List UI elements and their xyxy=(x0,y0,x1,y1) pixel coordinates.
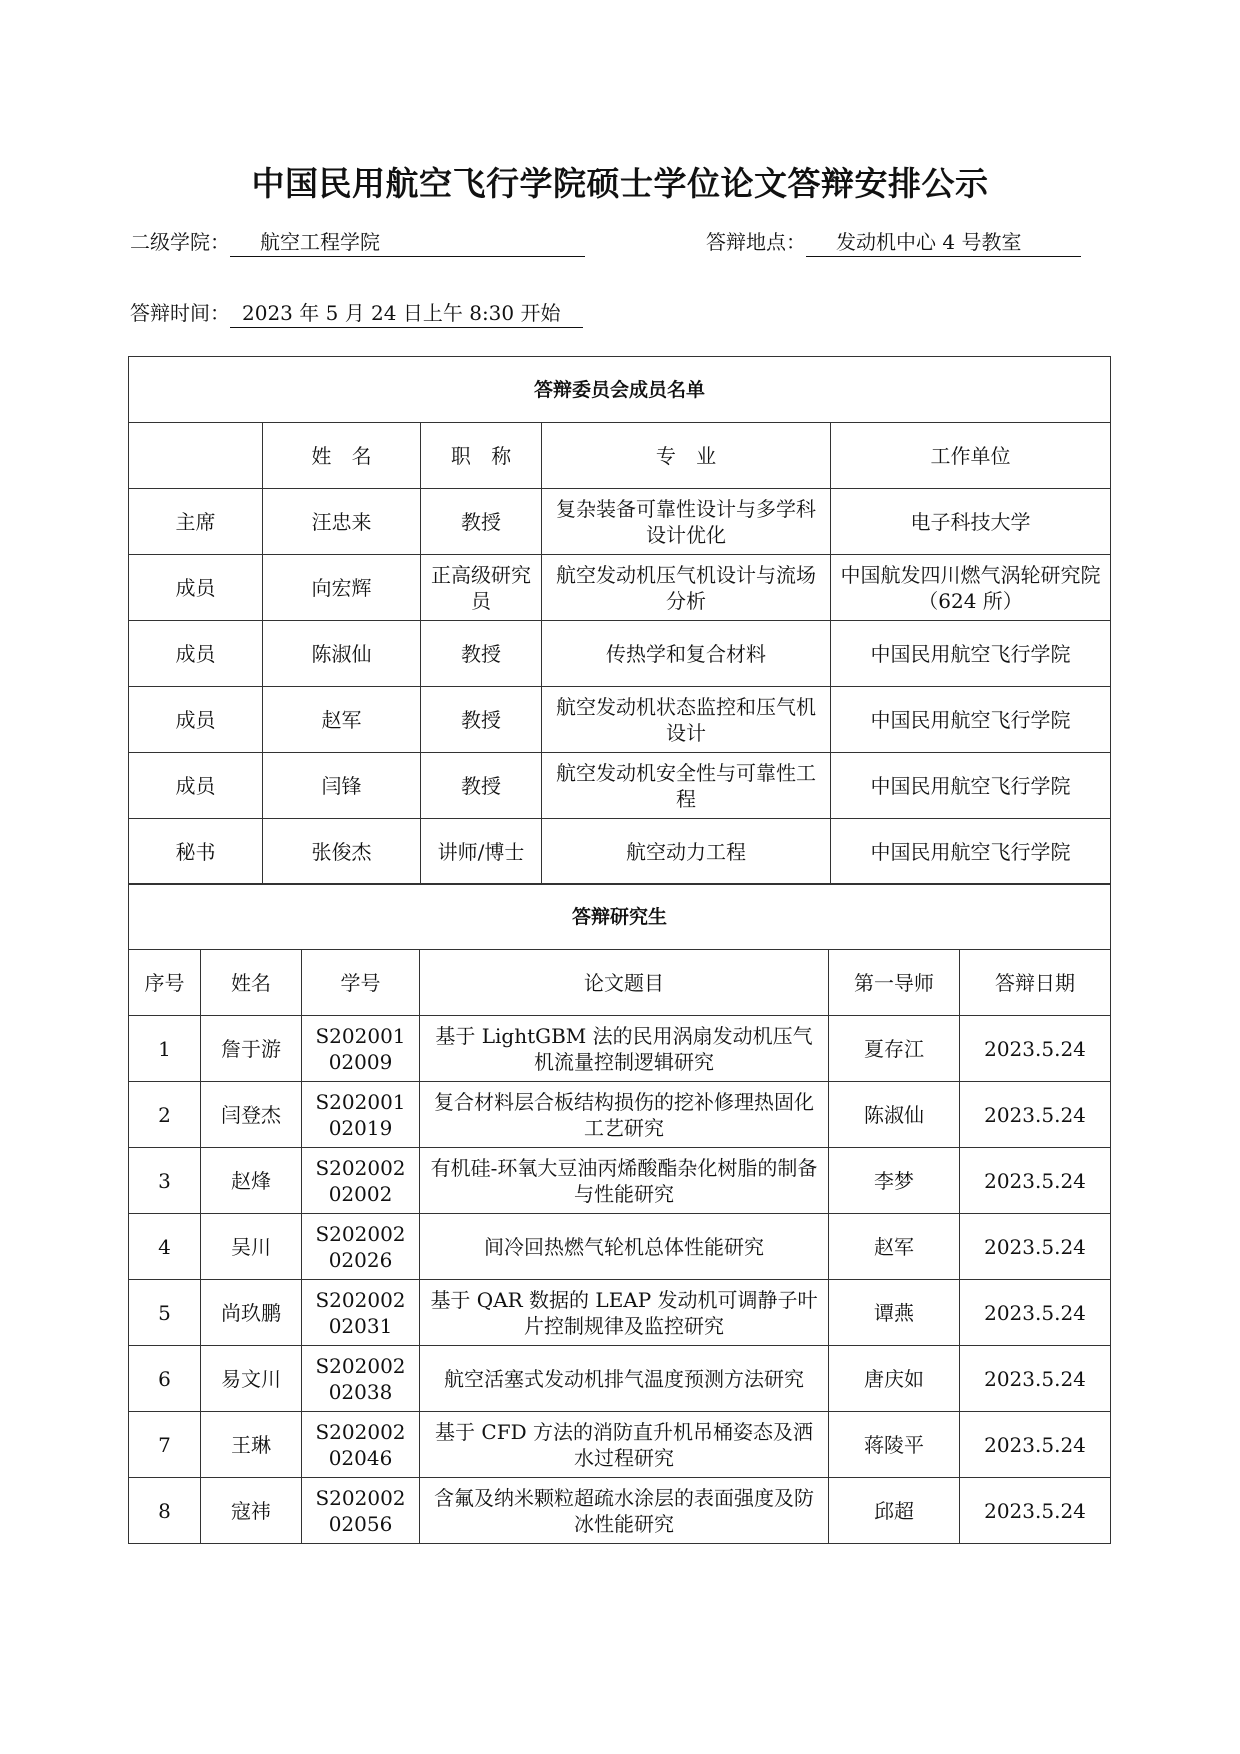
time-label: 答辩时间： xyxy=(130,297,230,326)
student-advisor: 李梦 xyxy=(829,1148,960,1214)
committee-unit: 中国民用航空飞行学院 xyxy=(831,621,1111,687)
committee-section-title: 答辩委员会成员名单 xyxy=(129,357,1111,423)
students-section-title: 答辩研究生 xyxy=(129,884,1111,950)
student-date: 2023.5.24 xyxy=(960,1016,1111,1082)
committee-major: 传热学和复合材料 xyxy=(542,621,831,687)
student-no: 5 xyxy=(129,1280,201,1346)
student-date: 2023.5.24 xyxy=(960,1148,1111,1214)
students-header-advisor: 第一导师 xyxy=(829,950,960,1016)
student-row: 5尚玖鹏S20200202031基于 QAR 数据的 LEAP 发动机可调静子叶… xyxy=(129,1280,1111,1346)
student-row: 7王琳S20200202046基于 CFD 方法的消防直升机吊桶姿态及洒水过程研… xyxy=(129,1412,1111,1478)
student-advisor: 夏存江 xyxy=(829,1016,960,1082)
student-id: S20200202002 xyxy=(302,1148,420,1214)
committee-title: 教授 xyxy=(421,621,542,687)
student-advisor: 谭燕 xyxy=(829,1280,960,1346)
student-no: 6 xyxy=(129,1346,201,1412)
student-thesis: 有机硅-环氧大豆油丙烯酸酯杂化树脂的制备与性能研究 xyxy=(420,1148,829,1214)
student-id: S20200102009 xyxy=(302,1016,420,1082)
student-date: 2023.5.24 xyxy=(960,1082,1111,1148)
student-thesis: 含氟及纳米颗粒超疏水涂层的表面强度及防冰性能研究 xyxy=(420,1478,829,1544)
committee-name: 陈淑仙 xyxy=(263,621,421,687)
student-no: 3 xyxy=(129,1148,201,1214)
committee-header-row: 姓 名职 称专 业工作单位 xyxy=(129,423,1111,489)
students-header-name: 姓名 xyxy=(201,950,302,1016)
student-row: 4吴川S20200202026间冷回热燃气轮机总体性能研究赵军2023.5.24 xyxy=(129,1214,1111,1280)
committee-unit: 中国民用航空飞行学院 xyxy=(831,753,1111,819)
students-header-no: 序号 xyxy=(129,950,201,1016)
committee-title: 教授 xyxy=(421,489,542,555)
committee-major: 航空发动机状态监控和压气机设计 xyxy=(542,687,831,753)
place-value: 发动机中心 4 号教室 xyxy=(806,226,1081,257)
committee-role: 成员 xyxy=(129,621,263,687)
page-title: 中国民用航空飞行学院硕士学位论文答辩安排公示 xyxy=(0,158,1240,205)
committee-title: 教授 xyxy=(421,687,542,753)
committee-major: 航空发动机压气机设计与流场分析 xyxy=(542,555,831,621)
students-header-date: 答辩日期 xyxy=(960,950,1111,1016)
student-date: 2023.5.24 xyxy=(960,1478,1111,1544)
student-id: S20200202026 xyxy=(302,1214,420,1280)
students-header-row: 序号姓名学号论文题目第一导师答辩日期 xyxy=(129,950,1111,1016)
committee-unit: 电子科技大学 xyxy=(831,489,1111,555)
committee-unit: 中国民用航空飞行学院 xyxy=(831,819,1111,885)
student-name: 闫登杰 xyxy=(201,1082,302,1148)
student-date: 2023.5.24 xyxy=(960,1280,1111,1346)
student-thesis: 间冷回热燃气轮机总体性能研究 xyxy=(420,1214,829,1280)
committee-header-unit: 工作单位 xyxy=(831,423,1111,489)
committee-header-name: 姓 名 xyxy=(263,423,421,489)
section-table: 答辩委员会成员名单姓 名职 称专 业工作单位主席汪忠来教授复杂装备可靠性设计与多… xyxy=(128,356,1111,885)
committee-row: 主席汪忠来教授复杂装备可靠性设计与多学科设计优化电子科技大学 xyxy=(129,489,1111,555)
student-id: S20200102019 xyxy=(302,1082,420,1148)
student-date: 2023.5.24 xyxy=(960,1346,1111,1412)
committee-name: 闫锋 xyxy=(263,753,421,819)
student-thesis: 基于 CFD 方法的消防直升机吊桶姿态及洒水过程研究 xyxy=(420,1412,829,1478)
committee-section-header: 答辩委员会成员名单 xyxy=(129,357,1111,423)
committee-title: 教授 xyxy=(421,753,542,819)
student-advisor: 赵军 xyxy=(829,1214,960,1280)
time-value: 2023 年 5 月 24 日上午 8:30 开始 xyxy=(230,297,583,328)
student-thesis: 基于 LightGBM 法的民用涡扇发动机压气机流量控制逻辑研究 xyxy=(420,1016,829,1082)
committee-row: 成员闫锋教授航空发动机安全性与可靠性工程中国民用航空飞行学院 xyxy=(129,753,1111,819)
committee-role: 秘书 xyxy=(129,819,263,885)
student-advisor: 邱超 xyxy=(829,1478,960,1544)
student-date: 2023.5.24 xyxy=(960,1214,1111,1280)
place-field: 答辩地点：发动机中心 4 号教室 xyxy=(706,226,1081,257)
committee-name: 汪忠来 xyxy=(263,489,421,555)
student-no: 1 xyxy=(129,1016,201,1082)
committee-name: 张俊杰 xyxy=(263,819,421,885)
college-field: 二级学院：航空工程学院 xyxy=(130,226,585,257)
student-no: 8 xyxy=(129,1478,201,1544)
committee-name: 向宏辉 xyxy=(263,555,421,621)
college-value: 航空工程学院 xyxy=(230,226,585,257)
student-name: 易文川 xyxy=(201,1346,302,1412)
student-name: 寇祎 xyxy=(201,1478,302,1544)
student-name: 尚玖鹏 xyxy=(201,1280,302,1346)
place-label: 答辩地点： xyxy=(706,226,806,255)
student-name: 詹于游 xyxy=(201,1016,302,1082)
student-no: 2 xyxy=(129,1082,201,1148)
committee-unit: 中国航发四川燃气涡轮研究院（624 所） xyxy=(831,555,1111,621)
committee-role: 成员 xyxy=(129,687,263,753)
section-table: 答辩研究生序号姓名学号论文题目第一导师答辩日期1詹于游S20200102009基… xyxy=(128,883,1111,1544)
time-field: 答辩时间：2023 年 5 月 24 日上午 8:30 开始 xyxy=(130,297,583,328)
student-id: S20200202046 xyxy=(302,1412,420,1478)
committee-name: 赵军 xyxy=(263,687,421,753)
committee-title: 正高级研究员 xyxy=(421,555,542,621)
committee-unit: 中国民用航空飞行学院 xyxy=(831,687,1111,753)
student-row: 2闫登杰S20200102019复合材料层合板结构损伤的挖补修理热固化工艺研究陈… xyxy=(129,1082,1111,1148)
committee-major: 复杂装备可靠性设计与多学科设计优化 xyxy=(542,489,831,555)
student-no: 7 xyxy=(129,1412,201,1478)
students-header-id: 学号 xyxy=(302,950,420,1016)
student-id: S20200202038 xyxy=(302,1346,420,1412)
committee-title: 讲师/博士 xyxy=(421,819,542,885)
student-row: 3赵烽S20200202002有机硅-环氧大豆油丙烯酸酯杂化树脂的制备与性能研究… xyxy=(129,1148,1111,1214)
committee-row: 成员陈淑仙教授传热学和复合材料中国民用航空飞行学院 xyxy=(129,621,1111,687)
student-advisor: 蒋陵平 xyxy=(829,1412,960,1478)
student-row: 6易文川S20200202038航空活塞式发动机排气温度预测方法研究唐庆如202… xyxy=(129,1346,1111,1412)
student-thesis: 复合材料层合板结构损伤的挖补修理热固化工艺研究 xyxy=(420,1082,829,1148)
committee-row: 成员向宏辉正高级研究员航空发动机压气机设计与流场分析中国航发四川燃气涡轮研究院（… xyxy=(129,555,1111,621)
student-no: 4 xyxy=(129,1214,201,1280)
student-advisor: 唐庆如 xyxy=(829,1346,960,1412)
students-section-header: 答辩研究生 xyxy=(129,884,1111,950)
student-thesis: 基于 QAR 数据的 LEAP 发动机可调静子叶片控制规律及监控研究 xyxy=(420,1280,829,1346)
student-advisor: 陈淑仙 xyxy=(829,1082,960,1148)
committee-role: 主席 xyxy=(129,489,263,555)
students-header-thesis: 论文题目 xyxy=(420,950,829,1016)
committee-header-role xyxy=(129,423,263,489)
college-label: 二级学院： xyxy=(130,226,230,255)
committee-row: 成员赵军教授航空发动机状态监控和压气机设计中国民用航空飞行学院 xyxy=(129,687,1111,753)
committee-role: 成员 xyxy=(129,555,263,621)
student-id: S20200202056 xyxy=(302,1478,420,1544)
committee-role: 成员 xyxy=(129,753,263,819)
committee-row: 秘书张俊杰讲师/博士航空动力工程中国民用航空飞行学院 xyxy=(129,819,1111,885)
student-date: 2023.5.24 xyxy=(960,1412,1111,1478)
committee-header-title: 职 称 xyxy=(421,423,542,489)
committee-major: 航空动力工程 xyxy=(542,819,831,885)
student-name: 赵烽 xyxy=(201,1148,302,1214)
student-row: 8寇祎S20200202056含氟及纳米颗粒超疏水涂层的表面强度及防冰性能研究邱… xyxy=(129,1478,1111,1544)
student-name: 王琳 xyxy=(201,1412,302,1478)
student-name: 吴川 xyxy=(201,1214,302,1280)
student-thesis: 航空活塞式发动机排气温度预测方法研究 xyxy=(420,1346,829,1412)
committee-header-major: 专 业 xyxy=(542,423,831,489)
committee-major: 航空发动机安全性与可靠性工程 xyxy=(542,753,831,819)
student-id: S20200202031 xyxy=(302,1280,420,1346)
student-row: 1詹于游S20200102009基于 LightGBM 法的民用涡扇发动机压气机… xyxy=(129,1016,1111,1082)
